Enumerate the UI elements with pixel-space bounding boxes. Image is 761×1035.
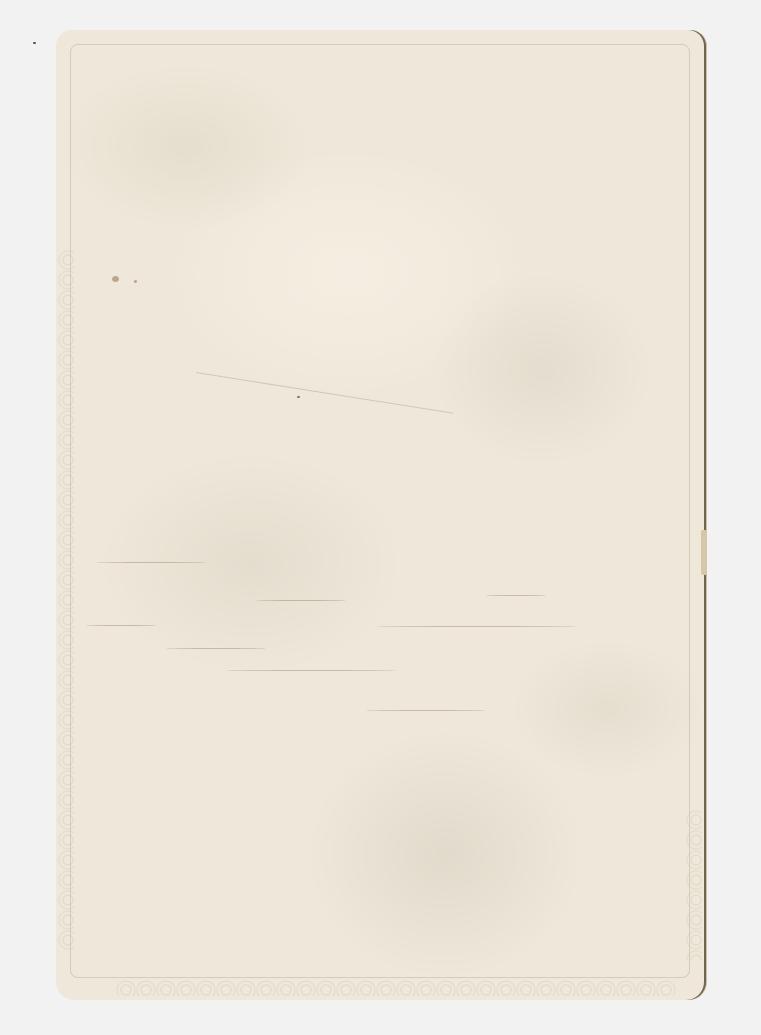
foxing-stain xyxy=(134,280,137,283)
swirl-border-right xyxy=(686,810,702,960)
foxing-stain xyxy=(297,396,300,398)
cabinet-card-back xyxy=(56,30,704,1000)
surface-crack xyxy=(366,710,486,711)
swirl-border-left xyxy=(58,250,74,950)
embossed-border-line xyxy=(70,44,690,978)
surface-crack xyxy=(86,625,156,626)
surface-crack xyxy=(166,648,266,649)
surface-crack xyxy=(96,562,206,563)
surface-crack xyxy=(486,595,546,596)
scan-dust-speck xyxy=(33,42,36,44)
edge-nick xyxy=(701,530,707,575)
surface-crack xyxy=(256,600,346,601)
surface-crack xyxy=(226,670,396,671)
surface-crack xyxy=(376,626,576,627)
swirl-border-bottom xyxy=(116,980,676,996)
foxing-stain xyxy=(112,276,119,282)
